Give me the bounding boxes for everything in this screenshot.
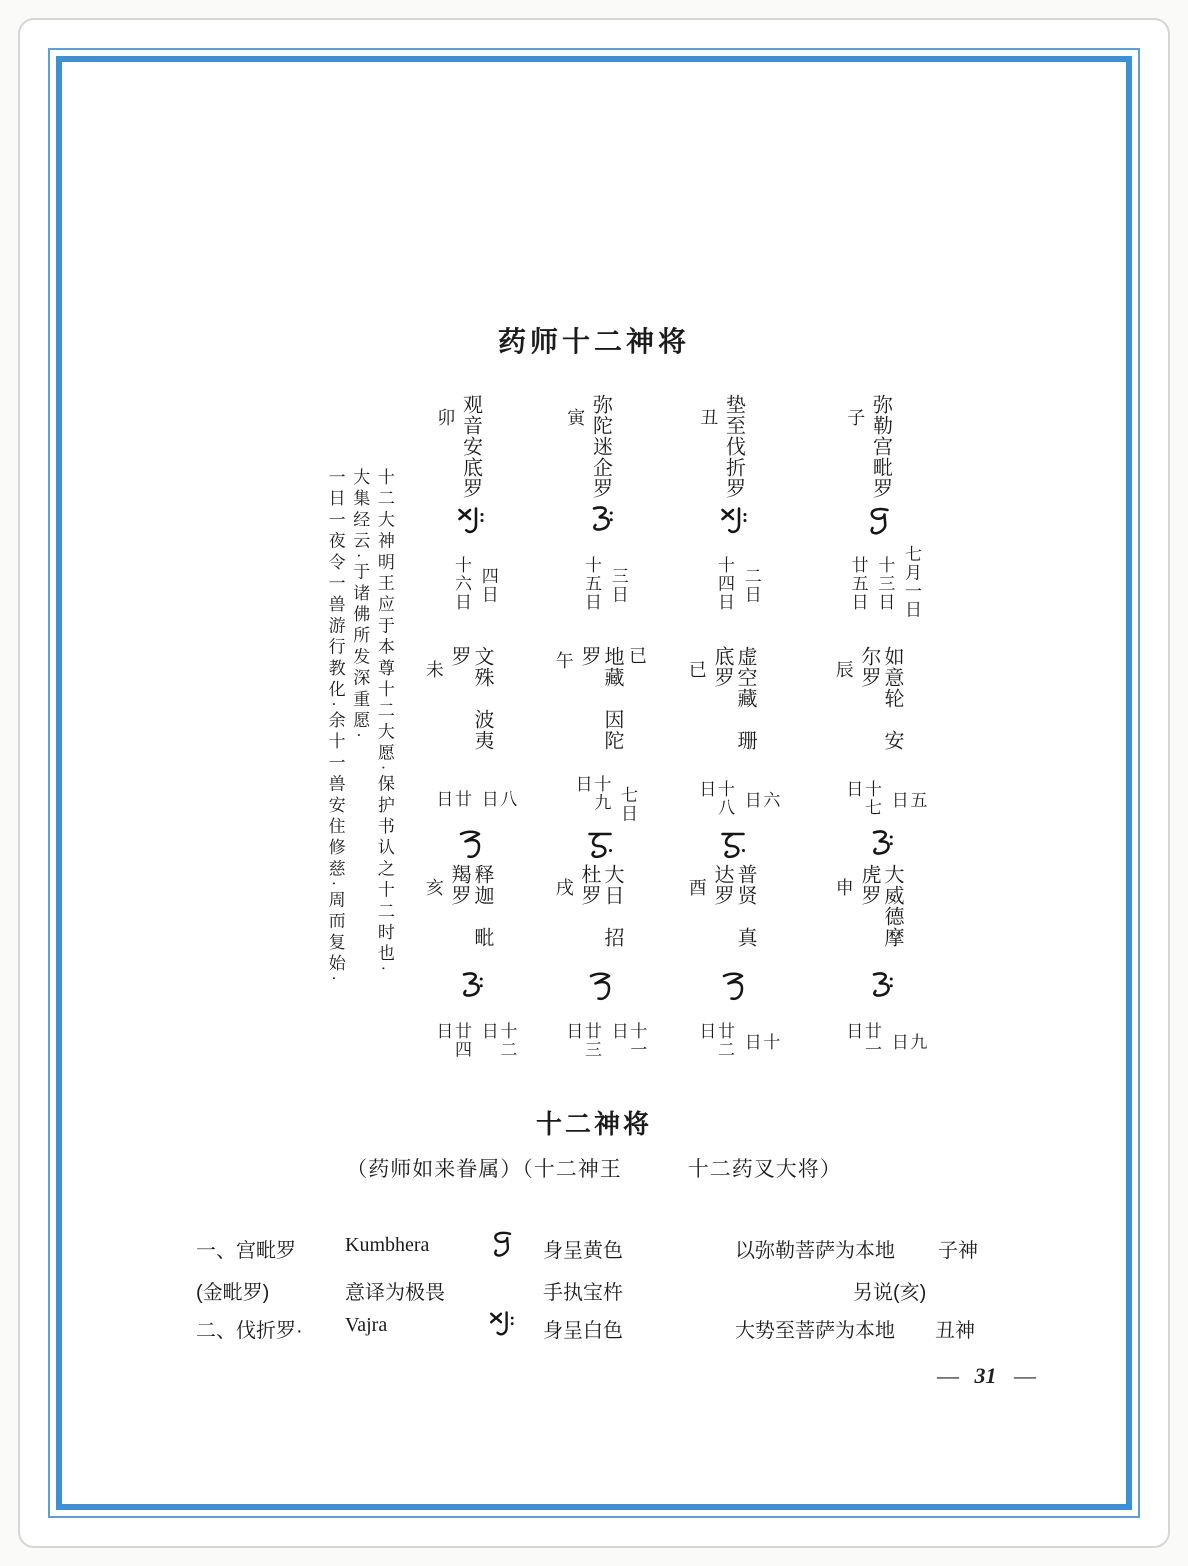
- intro-line: 大集经云·于诸佛所发深重愿·: [347, 468, 372, 996]
- date-label: 十八日: [696, 780, 733, 823]
- zodiac-branch-label: 辰: [833, 660, 854, 678]
- deity-entry: 未 文殊 波夷罗 八日 廿日: [443, 646, 496, 864]
- deity-entry: 亥 释迦 毗羯罗 十二日 廿四日: [443, 864, 496, 1064]
- deity-entry: 已 虚空藏 珊底罗 六日 十八日: [706, 646, 759, 864]
- feast-dates: 十一日 廿三日: [555, 1011, 646, 1064]
- list-zodiac: 子神: [938, 1234, 978, 1263]
- zodiac-branch-label: 酉: [686, 878, 707, 896]
- siddham-seed-icon: [487, 1308, 515, 1342]
- deity-name-block: 辰 如意轮 安尔罗: [857, 646, 903, 764]
- feast-dates: 四日 十六日: [443, 545, 496, 612]
- deity-name-block: 申 大威德摩虎罗: [857, 864, 903, 965]
- siddham-seed-icon: [584, 504, 616, 540]
- deity-entry: 午 已 地藏 因陀罗 七日 十九日: [573, 646, 626, 864]
- deity-cell: 酉 普贤 真达罗 十日 廿二日: [675, 864, 791, 1064]
- zodiac-branch-label: 午: [553, 651, 574, 669]
- deity-cell: 申 大威德摩虎罗 九日 廿一日: [822, 864, 938, 1064]
- page-title: 药师十二神将: [0, 320, 1188, 360]
- page-number-value: 31: [975, 1363, 997, 1388]
- date-label: 四日: [478, 567, 497, 612]
- deity-entry: 申 大威德摩虎罗 九日 廿一日: [853, 864, 906, 1064]
- date-label: 十四日: [714, 556, 733, 612]
- zodiac-branch-label: 丑: [698, 408, 719, 426]
- date-label: 六日: [741, 791, 778, 823]
- deity-name: 垫至伐折罗: [723, 394, 745, 499]
- deity-name: 大威德摩虎罗: [858, 864, 903, 948]
- deity-name: 观音安底罗: [460, 394, 482, 499]
- date-label: 五日: [888, 791, 925, 823]
- date-label: 廿三日: [563, 1022, 600, 1064]
- date-label: 七日: [617, 786, 636, 823]
- chart-column-1: 子 弥勒宫毗罗 七月一日 十三日 廿五日 辰 如意轮 安尔罗 五日: [822, 394, 938, 1064]
- siddham-seed-icon: [489, 1228, 517, 1262]
- deity-cell: 已 虚空藏 珊底罗 六日 十八日: [675, 646, 791, 864]
- feast-dates: 三日 十五日: [573, 545, 626, 612]
- deity-name: 大日 招杜罗: [578, 864, 623, 948]
- section-subtitle: （药师如来眷属）（十二神王 十二药叉大将）: [0, 1153, 1188, 1183]
- deity-cell: 未 文殊 波夷罗 八日 廿日: [412, 646, 528, 864]
- date-label: 十一日: [608, 1022, 645, 1064]
- deity-name-block: 丑 垫至伐折罗: [722, 394, 745, 499]
- deity-entry: 戌 大日 招杜罗 十一日 廿三日: [573, 864, 626, 1064]
- deity-cell: 卯 观音安底罗 四日 十六日: [412, 394, 528, 646]
- date-label: 九日: [888, 1033, 925, 1064]
- deity-name: 释迦 毗羯罗: [448, 864, 493, 948]
- list-honji: 大势至菩萨为本地: [735, 1314, 895, 1343]
- siddham-seed-icon: [717, 828, 749, 864]
- siddham-seed-icon: [454, 828, 486, 864]
- page-number: — 31 —: [925, 1363, 1046, 1389]
- list-deity-name: 二、伐折罗·: [196, 1314, 303, 1343]
- zodiac-branch-label: 戌: [553, 878, 574, 896]
- deity-cell: 亥 释迦 毗羯罗 十二日 廿四日: [412, 864, 528, 1064]
- date-label: 十九日: [572, 775, 609, 823]
- deity-name-block: 午 已 地藏 因陀罗: [577, 646, 623, 759]
- date-label: 廿五日: [848, 556, 867, 619]
- deity-cell: 辰 如意轮 安尔罗 五日 十七日: [822, 646, 938, 864]
- deity-name: 虚空藏 珊底罗: [711, 646, 756, 751]
- list-honji: 以弥勒菩萨为本地: [735, 1234, 895, 1263]
- list-row: 二、伐折罗· Vajra 身呈白色 大势至菩萨为本地 丑神: [0, 1314, 1188, 1348]
- deity-name-block: 子 弥勒宫毗罗: [869, 394, 892, 499]
- zodiac-branch-label: 寅: [565, 408, 586, 426]
- date-label: 十二日: [478, 1022, 515, 1064]
- list-roman-name: Vajra: [345, 1314, 387, 1337]
- zodiac-branch-label: 已: [626, 646, 647, 664]
- list-row: 一、宫毗罗 Kumbhera 身呈黄色 以弥勒菩萨为本地 子神: [0, 1234, 1188, 1268]
- feast-dates: 六日 十八日: [688, 769, 779, 823]
- siddham-seed-icon: [584, 970, 616, 1006]
- chart-column-3: 寅 弥陀迷企罗 三日 十五日 午 已 地藏 因陀罗 七日 十九日: [542, 394, 658, 1064]
- deity-name-block: 酉 普贤 真达罗: [710, 864, 756, 965]
- deity-cell: 子 弥勒宫毗罗 七月一日 十三日 廿五日: [822, 394, 938, 646]
- deity-name: 文殊 波夷罗: [448, 646, 493, 751]
- date-label: 十五日: [581, 556, 600, 612]
- intro-line: 十二大神明王应于本尊十二大愿·保护书认之十二时也·: [371, 468, 396, 996]
- list-meaning: 意译为极畏: [345, 1276, 445, 1305]
- intro-line: 一日一夜令一兽游行教化·余十一兽安住修慈·周而复始·: [322, 468, 347, 996]
- date-label: 十三日: [875, 556, 894, 619]
- siddham-seed-icon: [864, 504, 896, 540]
- feast-dates: 二日 十四日: [706, 545, 759, 612]
- list-body-color: 身呈黄色: [543, 1234, 623, 1263]
- date-label: 十日: [741, 1033, 778, 1064]
- list-deity-name: 一、宫毗罗: [196, 1234, 296, 1263]
- date-label: 二日: [741, 567, 760, 612]
- zodiac-branch-label: 未: [423, 660, 444, 678]
- date-label: 八日: [478, 790, 515, 823]
- feast-dates: 八日 廿日: [425, 768, 516, 823]
- deity-name-block: 卯 观音安底罗: [459, 394, 482, 499]
- siddham-seed-icon: [454, 504, 486, 540]
- list-row: (金毗罗) 意译为极畏 手执宝杵 另说(亥): [0, 1276, 1188, 1310]
- siddham-seed-icon: [584, 828, 616, 864]
- date-label: 十六日: [451, 556, 470, 612]
- section-title: 十二神将: [0, 1104, 1188, 1141]
- deity-entry: 卯 观音安底罗 四日 十六日: [443, 394, 496, 646]
- chart-column-2: 丑 垫至伐折罗 二日 十四日 已 虚空藏 珊底罗 六日 十八日: [675, 394, 791, 1064]
- list-deity-name: (金毗罗): [196, 1276, 269, 1305]
- feast-dates: 十二日 廿四日: [425, 1011, 516, 1064]
- feast-dates: 九日 廿一日: [835, 1011, 926, 1064]
- feast-dates: 十日 廿二日: [688, 1011, 779, 1064]
- feast-dates: 七月一日 十三日 廿五日: [840, 545, 920, 619]
- list-zodiac: 丑神: [935, 1314, 975, 1343]
- deity-name: 弥勒宫毗罗: [870, 394, 892, 499]
- list-body-color: 身呈白色: [543, 1314, 623, 1343]
- deity-cell: 丑 垫至伐折罗 二日 十四日: [675, 394, 791, 646]
- deity-name: 地藏 因陀罗: [578, 646, 623, 751]
- feast-dates: 七日 十九日: [564, 764, 636, 823]
- deity-cell: 戌 大日 招杜罗 十一日 廿三日: [542, 864, 658, 1064]
- deity-entry: 丑 垫至伐折罗 二日 十四日: [706, 394, 759, 646]
- date-label: 廿日: [433, 790, 470, 823]
- deity-name-block: 寅 弥陀迷企罗: [589, 394, 612, 499]
- date-label: 廿四日: [433, 1022, 470, 1064]
- zodiac-branch-label: 子: [845, 408, 866, 426]
- siddham-seed-icon: [864, 970, 896, 1006]
- zodiac-branch-label: 卯: [435, 408, 456, 426]
- siddham-seed-icon: [717, 970, 749, 1006]
- zodiac-branch-label: 亥: [423, 878, 444, 896]
- list-zodiac: 另说(亥): [853, 1276, 926, 1305]
- siddham-seed-icon: [717, 504, 749, 540]
- date-label: 七月一日: [901, 545, 920, 619]
- date-label: 三日: [608, 567, 627, 612]
- deity-entry: 辰 如意轮 安尔罗 五日 十七日: [853, 646, 906, 864]
- intro-vertical-text: 十二大神明王应于本尊十二大愿·保护书认之十二时也· 大集经云·于诸佛所发深重愿·…: [322, 468, 396, 996]
- zodiac-branch-label: 已: [686, 660, 707, 678]
- deity-entry: 酉 普贤 真达罗 十日 廿二日: [706, 864, 759, 1064]
- page-number-dash: —: [937, 1363, 957, 1388]
- deity-cell: 午 已 地藏 因陀罗 七日 十九日: [542, 646, 658, 864]
- date-label: 廿一日: [843, 1022, 880, 1064]
- scanned-book-page: 药师十二神将 十二大神明王应于本尊十二大愿·保护书认之十二时也· 大集经云·于诸…: [0, 0, 1188, 1566]
- deity-name-block: 已 虚空藏 珊底罗: [710, 646, 756, 764]
- list-attribute: 手执宝杵: [543, 1276, 623, 1305]
- deity-name-block: 亥 释迦 毗羯罗: [447, 864, 493, 965]
- siddham-seed-icon: [864, 828, 896, 864]
- chart-column-4: 卯 观音安底罗 四日 十六日 未 文殊 波夷罗 八日 廿日: [412, 394, 528, 1064]
- zodiac-branch-label: 申: [833, 878, 854, 896]
- feast-dates: 五日 十七日: [835, 769, 926, 823]
- page-number-dash: —: [1014, 1363, 1034, 1388]
- deity-name: 弥陀迷企罗: [590, 394, 612, 499]
- deity-entry: 子 弥勒宫毗罗 七月一日 十三日 廿五日: [840, 394, 920, 646]
- deity-cell: 寅 弥陀迷企罗 三日 十五日: [542, 394, 658, 646]
- date-label: 廿二日: [696, 1022, 733, 1064]
- deity-name-block: 戌 大日 招杜罗: [577, 864, 623, 965]
- deity-name: 普贤 真达罗: [711, 864, 756, 948]
- deity-entry: 寅 弥陀迷企罗 三日 十五日: [573, 394, 626, 646]
- deity-name-block: 未 文殊 波夷罗: [447, 646, 493, 763]
- date-label: 十七日: [843, 780, 880, 823]
- siddham-seed-icon: [454, 970, 486, 1006]
- deity-name: 如意轮 安尔罗: [858, 646, 903, 751]
- list-roman-name: Kumbhera: [345, 1234, 429, 1257]
